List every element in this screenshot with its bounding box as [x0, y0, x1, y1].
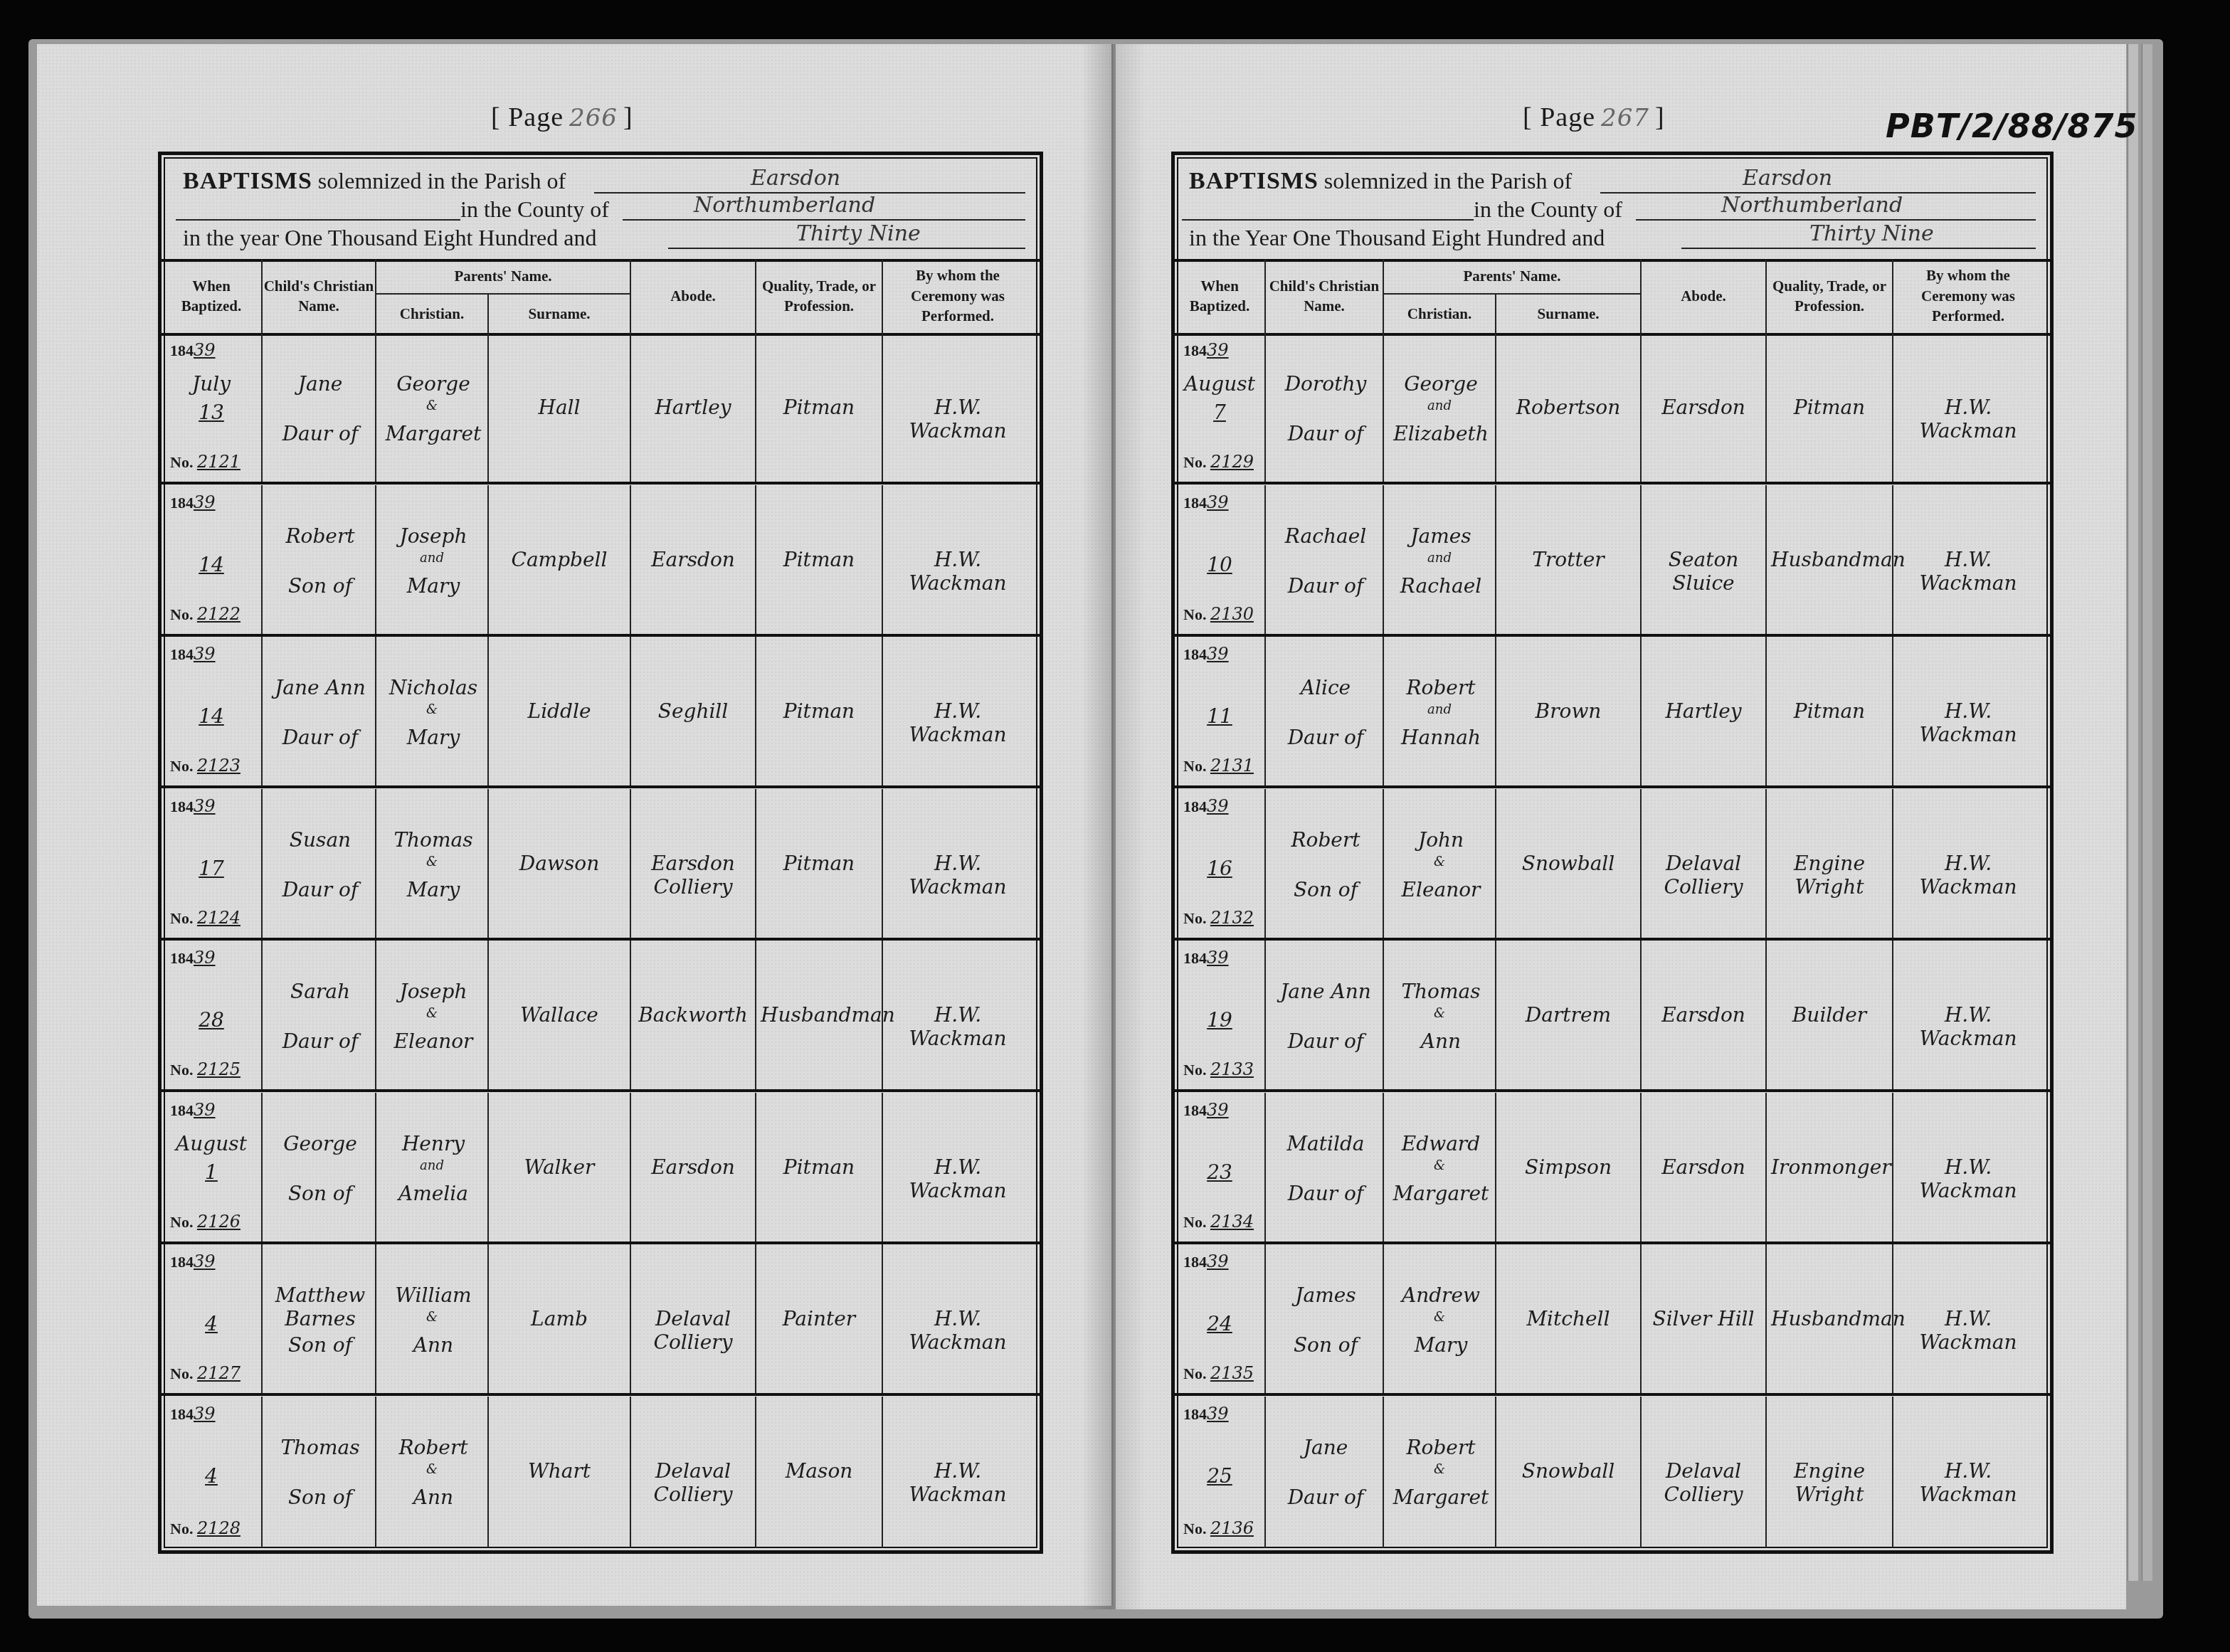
- cell-abode: Earsdon: [631, 1093, 756, 1241]
- cell-abode: Silver Hill: [1642, 1244, 1767, 1393]
- mother-name: Margaret: [1391, 1486, 1491, 1509]
- child-name: Sarah: [270, 980, 371, 1003]
- header-parents-name: Parents' Name.: [376, 259, 631, 295]
- parents-surname: Dawson: [493, 852, 625, 875]
- entry-year: 39: [194, 492, 216, 512]
- officiant: H.W. Wackman: [1898, 548, 2039, 595]
- abode: Earsdon: [1646, 396, 1761, 419]
- cell-when-baptized: 18439 July 13 No. 2121: [162, 333, 263, 482]
- cell-child-name: Dorothy Daur of: [1266, 333, 1384, 482]
- cell-child-name: Jane Daur of: [263, 333, 376, 482]
- entry-number: 2131: [1210, 756, 1254, 775]
- header-abode: Abode.: [631, 259, 756, 333]
- cell-abode: Earsdon: [1642, 941, 1767, 1089]
- officiant: H.W. Wackman: [1898, 852, 2039, 899]
- title-baptisms: BAPTISMS: [1189, 168, 1319, 194]
- officiant: H.W. Wackman: [887, 1155, 1028, 1202]
- officiant: H.W. Wackman: [1898, 1155, 2039, 1202]
- cell-surname: Whart: [489, 1397, 631, 1548]
- entry-day: 16: [1179, 857, 1260, 880]
- register-entry-row: 18439 19 No. 2133 Jane Ann Daur of Thoma…: [1175, 941, 2050, 1092]
- father-name: George: [384, 372, 483, 396]
- cell-quality: Pitman: [1767, 333, 1893, 482]
- cell-when-baptized: 18439 4 No. 2127: [162, 1244, 263, 1393]
- cell-quality: Mason: [756, 1397, 883, 1548]
- cell-surname: Simpson: [1496, 1093, 1642, 1241]
- register-entry-row: 18439 17 No. 2124 Susan Daur of Thomas &…: [162, 789, 1040, 941]
- father-name: Robert: [1391, 1436, 1491, 1459]
- child-name: Rachael: [1273, 524, 1378, 548]
- abode: Earsdon: [1646, 1155, 1761, 1179]
- entry-year: 39: [1207, 796, 1229, 816]
- abode: Earsdon: [635, 548, 751, 571]
- register-entry-row: 18439 10 No. 2130 Rachael Daur of James …: [1175, 485, 2050, 637]
- abode: Delaval Colliery: [635, 1307, 751, 1354]
- parents-surname: Simpson: [1501, 1155, 1636, 1179]
- register-entry-row: 18439 July 13 No. 2121 Jane Daur of Geor…: [162, 333, 1040, 485]
- entry-number: 2123: [197, 756, 241, 775]
- cell-abode: Earsdon: [631, 485, 756, 634]
- cell-abode: Delaval Colliery: [631, 1397, 756, 1548]
- entry-day: 10: [1179, 553, 1260, 576]
- cell-abode: Earsdon: [1642, 1093, 1767, 1241]
- cell-by-whom: H.W. Wackman: [1893, 485, 2043, 634]
- cell-child-name: Jane Ann Daur of: [1266, 941, 1384, 1089]
- cell-parents-christian: Edward & Margaret: [1384, 1093, 1496, 1241]
- entry-year: 39: [1207, 1251, 1229, 1271]
- entry-number: 2126: [197, 1212, 241, 1232]
- parents-surname: Wallace: [493, 1003, 625, 1027]
- cell-parents-christian: Robert & Margaret: [1384, 1397, 1496, 1548]
- page-number-left: [ Page266]: [491, 102, 633, 133]
- cell-when-baptized: 18439 4 No. 2128: [162, 1397, 263, 1548]
- cell-by-whom: H.W. Wackman: [1893, 637, 2043, 785]
- father-name: Robert: [1391, 676, 1491, 699]
- child-relation: Daur of: [1273, 726, 1378, 749]
- cell-quality: Engine Wright: [1767, 789, 1893, 938]
- cell-abode: Earsdon: [1642, 333, 1767, 482]
- entry-day: 14: [166, 704, 257, 728]
- cell-parents-christian: William & Ann: [376, 1244, 489, 1393]
- header-quality: Quality, Trade, or Profession.: [1767, 259, 1893, 333]
- register-title: BAPTISMS solemnized in the Parish of Ear…: [1175, 155, 2050, 262]
- cell-child-name: Matthew Barnes Son of: [263, 1244, 376, 1393]
- abode: Earsdon: [635, 1155, 751, 1179]
- mother-name: Ann: [384, 1333, 483, 1357]
- child-name: Matthew Barnes: [270, 1283, 371, 1330]
- child-name: Matilda: [1273, 1132, 1378, 1155]
- father-name: Thomas: [384, 828, 483, 852]
- cell-parents-christian: George and Elizabeth: [1384, 333, 1496, 482]
- entry-year: 39: [194, 1251, 216, 1271]
- county-field: Northumberland: [623, 198, 1025, 221]
- cell-by-whom: H.W. Wackman: [883, 1244, 1032, 1393]
- entry-day: 7: [1179, 401, 1260, 424]
- cell-quality: Pitman: [756, 485, 883, 634]
- child-name: Jane: [1273, 1436, 1378, 1459]
- child-relation: Daur of: [270, 726, 371, 749]
- cell-child-name: Matilda Daur of: [1266, 1093, 1384, 1241]
- entry-number: 2124: [197, 908, 241, 928]
- cell-surname: Dartrem: [1496, 941, 1642, 1089]
- parents-surname: Hall: [493, 396, 625, 419]
- book-gutter: [1082, 44, 1146, 1609]
- cell-parents-christian: Joseph and Mary: [376, 485, 489, 634]
- child-name: George: [270, 1132, 371, 1155]
- cell-by-whom: H.W. Wackman: [1893, 333, 2043, 482]
- cell-parents-christian: Thomas & Ann: [1384, 941, 1496, 1089]
- entry-number: 2130: [1210, 604, 1254, 624]
- cell-by-whom: H.W. Wackman: [883, 941, 1032, 1089]
- year-field: Thirty Nine: [1681, 226, 2036, 249]
- cell-surname: Robertson: [1496, 333, 1642, 482]
- cell-parents-christian: George & Margaret: [376, 333, 489, 482]
- cell-quality: Engine Wright: [1767, 1397, 1893, 1548]
- parents-surname: Liddle: [493, 699, 625, 723]
- child-relation: Son of: [1273, 878, 1378, 901]
- cell-parents-christian: Joseph & Eleanor: [376, 941, 489, 1089]
- cell-parents-christian: James and Rachael: [1384, 485, 1496, 634]
- cell-by-whom: H.W. Wackman: [883, 637, 1032, 785]
- parents-surname: Mitchell: [1501, 1307, 1636, 1330]
- page-stack-right-2: [2142, 44, 2152, 1581]
- entry-month: August: [166, 1132, 257, 1155]
- cell-surname: Snowball: [1496, 789, 1642, 938]
- cell-quality: Pitman: [756, 789, 883, 938]
- register-entry-row: 18439 28 No. 2125 Sarah Daur of Joseph &…: [162, 941, 1040, 1092]
- register-entry-row: 18439 14 No. 2123 Jane Ann Daur of Nicho…: [162, 637, 1040, 788]
- abode: Hartley: [635, 396, 751, 419]
- quality-trade: Pitman: [761, 1155, 877, 1179]
- entry-month: July: [166, 372, 257, 396]
- header-child-name: Child's Christian Name.: [1266, 259, 1384, 333]
- cell-by-whom: H.W. Wackman: [883, 333, 1032, 482]
- register-table-left: BAPTISMS solemnized in the Parish of Ear…: [158, 152, 1043, 1554]
- parents-surname: Lamb: [493, 1307, 625, 1330]
- cell-child-name: Rachael Daur of: [1266, 485, 1384, 634]
- cell-quality: Ironmonger: [1767, 1093, 1893, 1241]
- cell-child-name: George Son of: [263, 1093, 376, 1241]
- register-table-right: BAPTISMS solemnized in the Parish of Ear…: [1171, 152, 2054, 1554]
- header-by-whom: By whom the Ceremony was Performed.: [1893, 259, 2043, 333]
- page-number-value: 267: [1601, 104, 1649, 132]
- officiant: H.W. Wackman: [1898, 1003, 2039, 1050]
- entry-day: 14: [166, 553, 257, 576]
- father-name: Edward: [1391, 1132, 1491, 1155]
- child-name: Dorothy: [1273, 372, 1378, 396]
- entry-day: 24: [1179, 1312, 1260, 1335]
- abode: Backworth: [635, 1003, 751, 1027]
- child-relation: Son of: [270, 1333, 371, 1357]
- mother-name: Mary: [1391, 1333, 1491, 1357]
- cell-when-baptized: 18439 23 No. 2134: [1175, 1093, 1266, 1241]
- entry-number: 2133: [1210, 1059, 1254, 1079]
- register-entry-row: 18439 14 No. 2122 Robert Son of Joseph a…: [162, 485, 1040, 637]
- cell-child-name: Thomas Son of: [263, 1397, 376, 1548]
- father-name: Andrew: [1391, 1283, 1491, 1307]
- cell-parents-christian: Robert & Ann: [376, 1397, 489, 1548]
- quality-trade: Builder: [1771, 1003, 1888, 1027]
- mother-name: Amelia: [384, 1182, 483, 1205]
- cell-when-baptized: 18439 19 No. 2133: [1175, 941, 1266, 1089]
- register-title: BAPTISMS solemnized in the Parish of Ear…: [162, 155, 1040, 262]
- entry-year: 39: [194, 340, 216, 360]
- cell-quality: Painter: [756, 1244, 883, 1393]
- register-entry-row: 18439 4 No. 2128 Thomas Son of Robert & …: [162, 1397, 1040, 1548]
- parents-surname: Snowball: [1501, 852, 1636, 875]
- header-child-name: Child's Christian Name.: [263, 259, 376, 333]
- cell-when-baptized: 18439 August 7 No. 2129: [1175, 333, 1266, 482]
- cell-by-whom: H.W. Wackman: [1893, 789, 2043, 938]
- column-headers: When Baptized. Child's Christian Name. P…: [162, 259, 1040, 336]
- year-field: Thirty Nine: [668, 226, 1025, 249]
- quality-trade: Pitman: [761, 548, 877, 571]
- officiant: H.W. Wackman: [887, 1307, 1028, 1354]
- parents-surname: Robertson: [1501, 396, 1636, 419]
- quality-trade: Pitman: [761, 699, 877, 723]
- mother-name: Hannah: [1391, 726, 1491, 749]
- entry-number: 2121: [197, 452, 241, 472]
- mother-name: Eleanor: [384, 1029, 483, 1053]
- entry-year: 39: [194, 948, 216, 968]
- cell-when-baptized: 18439 14 No. 2123: [162, 637, 263, 785]
- cell-by-whom: H.W. Wackman: [883, 1397, 1032, 1548]
- father-name: Joseph: [384, 980, 483, 1003]
- parents-surname: Dartrem: [1501, 1003, 1636, 1027]
- officiant: H.W. Wackman: [1898, 1459, 2039, 1506]
- mother-name: Ann: [384, 1486, 483, 1509]
- child-relation: Daur of: [1273, 1486, 1378, 1509]
- entry-year: 39: [1207, 1100, 1229, 1120]
- register-entry-row: 18439 August 1 No. 2126 George Son of He…: [162, 1093, 1040, 1244]
- entry-number: 2132: [1210, 908, 1254, 928]
- cell-parents-christian: Andrew & Mary: [1384, 1244, 1496, 1393]
- father-name: George: [1391, 372, 1491, 396]
- mother-name: Margaret: [384, 422, 483, 445]
- entries-left: 18439 July 13 No. 2121 Jane Daur of Geor…: [162, 333, 1040, 1550]
- register-entry-row: 18439 4 No. 2127 Matthew Barnes Son of W…: [162, 1244, 1040, 1396]
- mother-name: Margaret: [1391, 1182, 1491, 1205]
- officiant: H.W. Wackman: [1898, 396, 2039, 443]
- cell-when-baptized: 18439 16 No. 2132: [1175, 789, 1266, 938]
- abode: Delaval Colliery: [1646, 1459, 1761, 1506]
- officiant: H.W. Wackman: [887, 852, 1028, 899]
- header-when-baptized: When Baptized.: [162, 259, 263, 333]
- father-name: Henry: [384, 1132, 483, 1155]
- cell-surname: Trotter: [1496, 485, 1642, 634]
- cell-child-name: Jane Ann Daur of: [263, 637, 376, 785]
- cell-by-whom: H.W. Wackman: [1893, 1244, 2043, 1393]
- officiant: H.W. Wackman: [887, 1459, 1028, 1506]
- cell-surname: Brown: [1496, 637, 1642, 785]
- cell-abode: Delaval Colliery: [631, 1244, 756, 1393]
- quality-trade: Engine Wright: [1771, 1459, 1888, 1506]
- child-name: Thomas: [270, 1436, 371, 1459]
- child-relation: Daur of: [1273, 1029, 1378, 1053]
- header-when-baptized: When Baptized.: [1175, 259, 1266, 333]
- father-name: Thomas: [1391, 980, 1491, 1003]
- child-name: Jane: [270, 372, 371, 396]
- entry-month: August: [1179, 372, 1260, 396]
- officiant: H.W. Wackman: [887, 396, 1028, 443]
- cell-when-baptized: 18439 25 No. 2136: [1175, 1397, 1266, 1548]
- entry-number: 2134: [1210, 1212, 1254, 1232]
- cell-by-whom: H.W. Wackman: [883, 1093, 1032, 1241]
- county-field: Northumberland: [1636, 198, 2036, 221]
- abode: Earsdon Colliery: [635, 852, 751, 899]
- entry-number: 2128: [197, 1518, 241, 1538]
- header-abode: Abode.: [1642, 259, 1767, 333]
- entry-number: 2127: [197, 1363, 241, 1383]
- cell-child-name: Sarah Daur of: [263, 941, 376, 1089]
- entry-number: 2125: [197, 1059, 241, 1079]
- abode: Hartley: [1646, 699, 1761, 723]
- cell-when-baptized: 18439 11 No. 2131: [1175, 637, 1266, 785]
- abode: Seghill: [635, 699, 751, 723]
- quality-trade: Painter: [761, 1307, 877, 1330]
- quality-trade: Pitman: [761, 852, 877, 875]
- entry-day: 1: [166, 1160, 257, 1184]
- cell-child-name: James Son of: [1266, 1244, 1384, 1393]
- cell-quality: Pitman: [1767, 637, 1893, 785]
- cell-parents-christian: Nicholas & Mary: [376, 637, 489, 785]
- child-relation: Daur of: [1273, 574, 1378, 598]
- header-parents-surname: Surname.: [1496, 295, 1642, 333]
- entry-year: 39: [1207, 644, 1229, 664]
- cell-when-baptized: 18439 14 No. 2122: [162, 485, 263, 634]
- cell-surname: Mitchell: [1496, 1244, 1642, 1393]
- register-entry-row: 18439 24 No. 2135 James Son of Andrew & …: [1175, 1244, 2050, 1396]
- entry-day: 13: [166, 401, 257, 424]
- archive-reference-stamp: PBT/2/88/875: [1886, 107, 2138, 145]
- parish-field: Earsdon: [594, 171, 1025, 194]
- header-by-whom: By whom the Ceremony was Performed.: [883, 259, 1032, 333]
- cell-quality: Husbandman: [1767, 1244, 1893, 1393]
- entry-day: 19: [1179, 1008, 1260, 1032]
- cell-by-whom: H.W. Wackman: [883, 789, 1032, 938]
- cell-abode: Earsdon Colliery: [631, 789, 756, 938]
- cell-quality: Husbandman: [756, 941, 883, 1089]
- quality-trade: Husbandman: [1771, 1307, 1888, 1330]
- cell-surname: Campbell: [489, 485, 631, 634]
- parish-field: Earsdon: [1600, 171, 2036, 194]
- child-name: Robert: [270, 524, 371, 548]
- cell-abode: Hartley: [1642, 637, 1767, 785]
- quality-trade: Pitman: [1771, 699, 1888, 723]
- quality-trade: Mason: [761, 1459, 877, 1483]
- entry-day: 4: [166, 1464, 257, 1488]
- cell-by-whom: H.W. Wackman: [1893, 1397, 2043, 1548]
- cell-surname: Lamb: [489, 1244, 631, 1393]
- parents-surname: Whart: [493, 1459, 625, 1483]
- register-entry-row: 18439 23 No. 2134 Matilda Daur of Edward…: [1175, 1093, 2050, 1244]
- cell-by-whom: H.W. Wackman: [1893, 941, 2043, 1089]
- cell-abode: Hartley: [631, 333, 756, 482]
- officiant: H.W. Wackman: [1898, 699, 2039, 746]
- entry-day: 25: [1179, 1464, 1260, 1488]
- cell-surname: Liddle: [489, 637, 631, 785]
- officiant: H.W. Wackman: [887, 1003, 1028, 1050]
- cell-parents-christian: John & Eleanor: [1384, 789, 1496, 938]
- entry-year: 39: [1207, 1404, 1229, 1424]
- entry-year: 39: [1207, 492, 1229, 512]
- entry-year: 39: [194, 796, 216, 816]
- entry-year: 39: [1207, 948, 1229, 968]
- child-relation: Daur of: [1273, 1182, 1378, 1205]
- register-entry-row: 18439 16 No. 2132 Robert Son of John & E…: [1175, 789, 2050, 941]
- entries-right: 18439 August 7 No. 2129 Dorothy Daur of …: [1175, 333, 2050, 1550]
- cell-abode: Delaval Colliery: [1642, 1397, 1767, 1548]
- abode: Earsdon: [1646, 1003, 1761, 1027]
- entry-day: 17: [166, 857, 257, 880]
- cell-by-whom: H.W. Wackman: [1893, 1093, 2043, 1241]
- cell-abode: Seghill: [631, 637, 756, 785]
- mother-name: Elizabeth: [1391, 422, 1491, 445]
- cell-when-baptized: 18439 17 No. 2124: [162, 789, 263, 938]
- entry-number: 2122: [197, 604, 241, 624]
- cell-child-name: Robert Son of: [263, 485, 376, 634]
- cell-by-whom: H.W. Wackman: [883, 485, 1032, 634]
- child-relation: Daur of: [1273, 422, 1378, 445]
- quality-trade: Husbandman: [761, 1003, 877, 1027]
- abode: Delaval Colliery: [1646, 852, 1761, 899]
- cell-when-baptized: 18439 24 No. 2135: [1175, 1244, 1266, 1393]
- quality-trade: Husbandman: [1771, 548, 1888, 571]
- page-number-right: [ Page267]: [1523, 102, 1665, 133]
- page-stack-right: [2128, 44, 2138, 1581]
- child-name: James: [1273, 1283, 1378, 1307]
- officiant: H.W. Wackman: [887, 699, 1028, 746]
- header-quality: Quality, Trade, or Profession.: [756, 259, 883, 333]
- cell-child-name: Susan Daur of: [263, 789, 376, 938]
- child-relation: Son of: [1273, 1333, 1378, 1357]
- abode: Silver Hill: [1646, 1307, 1761, 1330]
- mother-name: Mary: [384, 574, 483, 598]
- header-parents-surname: Surname.: [489, 295, 631, 333]
- header-parents-name: Parents' Name.: [1384, 259, 1642, 295]
- father-name: Nicholas: [384, 676, 483, 699]
- child-relation: Son of: [270, 574, 371, 598]
- child-name: Robert: [1273, 828, 1378, 852]
- abode: Seaton Sluice: [1646, 548, 1761, 595]
- cell-abode: Seaton Sluice: [1642, 485, 1767, 634]
- entry-day: 23: [1179, 1160, 1260, 1184]
- entry-number: 2135: [1210, 1363, 1254, 1383]
- cell-quality: Builder: [1767, 941, 1893, 1089]
- cell-quality: Husbandman: [1767, 485, 1893, 634]
- parents-surname: Trotter: [1501, 548, 1636, 571]
- cell-child-name: Alice Daur of: [1266, 637, 1384, 785]
- cell-when-baptized: 18439 28 No. 2125: [162, 941, 263, 1089]
- officiant: H.W. Wackman: [1898, 1307, 2039, 1354]
- child-relation: Son of: [270, 1182, 371, 1205]
- quality-trade: Pitman: [1771, 396, 1888, 419]
- page-number-value: 266: [569, 104, 618, 132]
- entry-day: 4: [166, 1312, 257, 1335]
- child-name: Jane Ann: [270, 676, 371, 699]
- abode: Delaval Colliery: [635, 1459, 751, 1506]
- cell-child-name: Jane Daur of: [1266, 1397, 1384, 1548]
- cell-abode: Delaval Colliery: [1642, 789, 1767, 938]
- quality-trade: Engine Wright: [1771, 852, 1888, 899]
- entry-number: 2136: [1210, 1518, 1254, 1538]
- child-relation: Daur of: [270, 1029, 371, 1053]
- cell-surname: Dawson: [489, 789, 631, 938]
- mother-name: Ann: [1391, 1029, 1491, 1053]
- child-relation: Daur of: [270, 878, 371, 901]
- cell-surname: Hall: [489, 333, 631, 482]
- title-baptisms: BAPTISMS: [183, 168, 312, 194]
